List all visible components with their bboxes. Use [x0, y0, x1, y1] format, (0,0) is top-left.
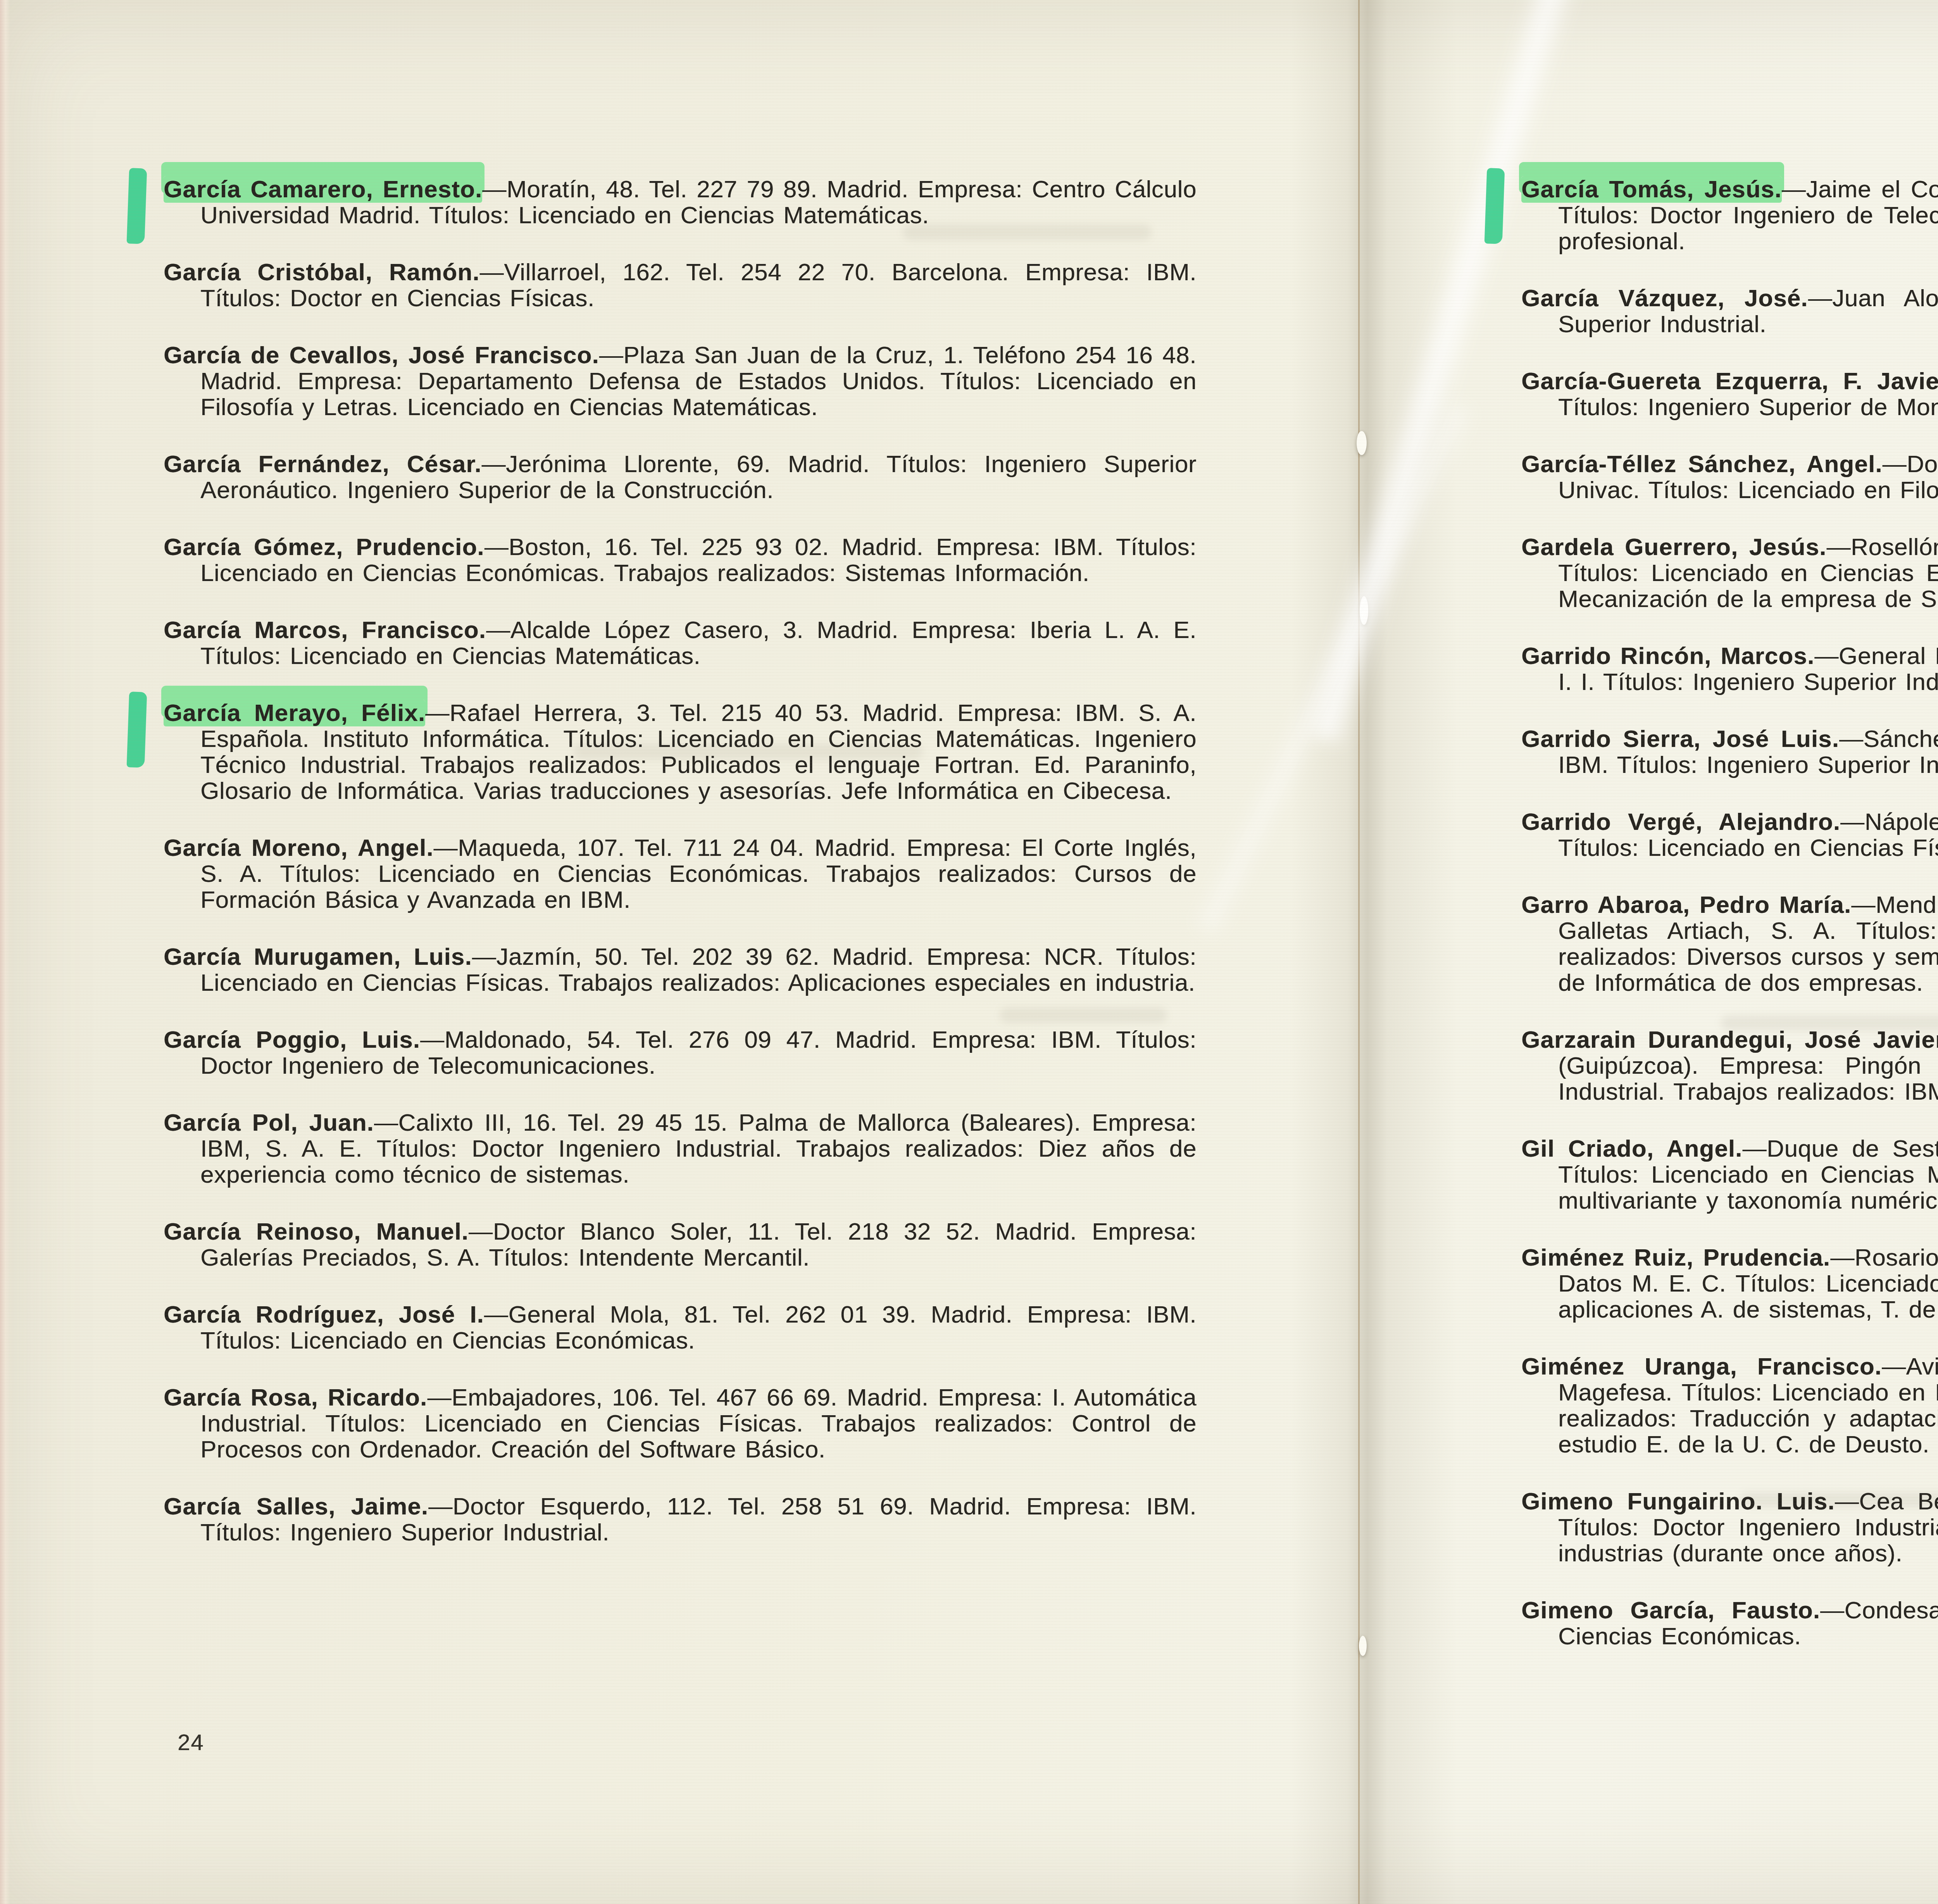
entry-name: García-Guereta Ezquerra, F. Javier.	[1521, 368, 1938, 395]
entry-name: Gil Criado, Angel.	[1521, 1135, 1742, 1162]
directory-entry: García Camarero, Ernesto.—Moratín, 48. T…	[164, 176, 1197, 228]
entry-name: Garrido Vergé, Alejandro.	[1521, 809, 1840, 835]
directory-entry: García Moreno, Angel.—Maqueda, 107. Tel.…	[164, 835, 1197, 913]
directory-entry: García Vázquez, José.—Juan Alonso, 11. M…	[1521, 285, 1938, 337]
entry-name: García Cristóbal, Ramón.	[164, 259, 480, 286]
entry-name: Gardela Guerrero, Jesús.	[1521, 534, 1826, 561]
entry-name: García Moreno, Angel.	[164, 835, 434, 861]
highlighted-entry-name: García Tomás, Jesús.	[1521, 176, 1782, 203]
entry-name: Giménez Ruiz, Prudencia.	[1521, 1244, 1830, 1271]
entry-name: Gimeno Fungairino. Luis.	[1521, 1488, 1835, 1515]
book-gutter	[1291, 0, 1457, 1904]
directory-entry: García Tomás, Jesús.—Jaime el Conquistad…	[1521, 176, 1938, 254]
directory-entry: Garrido Rincón, Marcos.—General Ricardos…	[1521, 643, 1938, 695]
directory-entry: Giménez Uranga, Francisco.—Avila, 1. Tel…	[1521, 1354, 1938, 1457]
directory-entry: García de Cevallos, José Francisco.—Plaz…	[164, 342, 1197, 420]
binding-stitch	[1357, 431, 1367, 455]
directory-entry: García Fernández, César.—Jerónima Lloren…	[164, 451, 1197, 503]
entry-name: García Rosa, Ricardo.	[164, 1384, 427, 1411]
entry-name: García Poggio, Luis.	[164, 1026, 420, 1053]
directory-entry: García Murugamen, Luis.—Jazmín, 50. Tel.…	[164, 944, 1197, 996]
directory-entry: García Reinoso, Manuel.—Doctor Blanco So…	[164, 1219, 1197, 1271]
directory-entry: García Marcos, Francisco.—Alcalde López …	[164, 617, 1197, 669]
directory-entry: García Pol, Juan.—Calixto III, 16. Tel. …	[164, 1110, 1197, 1188]
directory-entry: Gardela Guerrero, Jesús.—Rosellón, 84. T…	[1521, 534, 1938, 612]
directory-entry: García Rodríguez, José I.—General Mola, …	[164, 1302, 1197, 1354]
entry-name: García Reinoso, Manuel.	[164, 1218, 469, 1245]
directory-entry: García Gómez, Prudencio.—Boston, 16. Tel…	[164, 534, 1197, 586]
page-column-right: García Tomás, Jesús.—Jaime el Conquistad…	[1521, 176, 1938, 1649]
scan-edge	[0, 0, 10, 1904]
directory-entry: García-Téllez Sánchez, Angel.—Doctor Esq…	[1521, 451, 1938, 503]
directory-entry: Garrido Vergé, Alejandro.—Nápoles, 327. …	[1521, 809, 1938, 861]
directory-entry: Gimeno García, Fausto.—Condesa Vega del …	[1521, 1597, 1938, 1649]
directory-entry: García-Guereta Ezquerra, F. Javier.—Abta…	[1521, 368, 1938, 420]
entry-name: Garro Abaroa, Pedro María.	[1521, 892, 1851, 918]
directory-entry: García Salles, Jaime.—Doctor Esquerdo, 1…	[164, 1494, 1197, 1545]
entry-name: Garrido Rincón, Marcos.	[1521, 643, 1814, 669]
entry-name: García-Téllez Sánchez, Angel.	[1521, 451, 1883, 478]
entry-name: García Gómez, Prudencio.	[164, 534, 484, 561]
book-scan: García Camarero, Ernesto.—Moratín, 48. T…	[0, 0, 1938, 1904]
directory-entry: García Cristóbal, Ramón.—Villarroel, 162…	[164, 259, 1197, 311]
directory-entry: Garro Abaroa, Pedro María.—Mendizábal, 4…	[1521, 892, 1938, 996]
directory-entry: García Merayo, Félix.—Rafael Herrera, 3.…	[164, 700, 1197, 804]
entry-name: Giménez Uranga, Francisco.	[1521, 1353, 1882, 1380]
binding-stitch	[1359, 1636, 1367, 1656]
entry-name: García Vázquez, José.	[1521, 285, 1808, 312]
highlighter-margin-mark	[127, 168, 147, 244]
directory-entry: Garrido Sierra, José Luis.—Sánchez Barcá…	[1521, 726, 1938, 778]
entry-name: García Fernández, César.	[164, 451, 481, 478]
directory-entry: Gimeno Fungairino. Luis.—Cea Bermúdez, 4…	[1521, 1488, 1938, 1566]
directory-entry: García Poggio, Luis.—Maldonado, 54. Tel.…	[164, 1027, 1197, 1079]
highlighted-entry-name: García Camarero, Ernesto.	[164, 176, 482, 203]
directory-entry: García Rosa, Ricardo.—Embajadores, 106. …	[164, 1385, 1197, 1462]
entry-name: García Murugamen, Luis.	[164, 943, 472, 970]
entry-name: García Marcos, Francisco.	[164, 617, 486, 643]
highlighter-margin-mark	[1485, 168, 1505, 244]
entry-name: García Pol, Juan.	[164, 1109, 374, 1136]
binding-seam	[1358, 0, 1360, 1904]
entry-name: Gimeno García, Fausto.	[1521, 1597, 1820, 1624]
entry-name: Garrido Sierra, José Luis.	[1521, 726, 1839, 752]
entry-name: Garzarain Durandegui, José Javier.	[1521, 1026, 1938, 1053]
page-number: 24	[178, 1730, 204, 1756]
directory-entry: Giménez Ruiz, Prudencia.—Rosario, 27. Te…	[1521, 1245, 1938, 1323]
highlighter-margin-mark	[127, 692, 147, 767]
entry-name: García de Cevallos, José Francisco.	[164, 342, 599, 369]
entry-name: García Rodríguez, José I.	[164, 1301, 484, 1328]
page-column-left: García Camarero, Ernesto.—Moratín, 48. T…	[164, 176, 1197, 1545]
directory-entry: Garzarain Durandegui, José Javier.—Gener…	[1521, 1027, 1938, 1105]
directory-entry: Gil Criado, Angel.—Duque de Sesto, 15. T…	[1521, 1136, 1938, 1214]
entry-name: García Salles, Jaime.	[164, 1493, 428, 1520]
highlighted-entry-name: García Merayo, Félix.	[164, 700, 425, 726]
